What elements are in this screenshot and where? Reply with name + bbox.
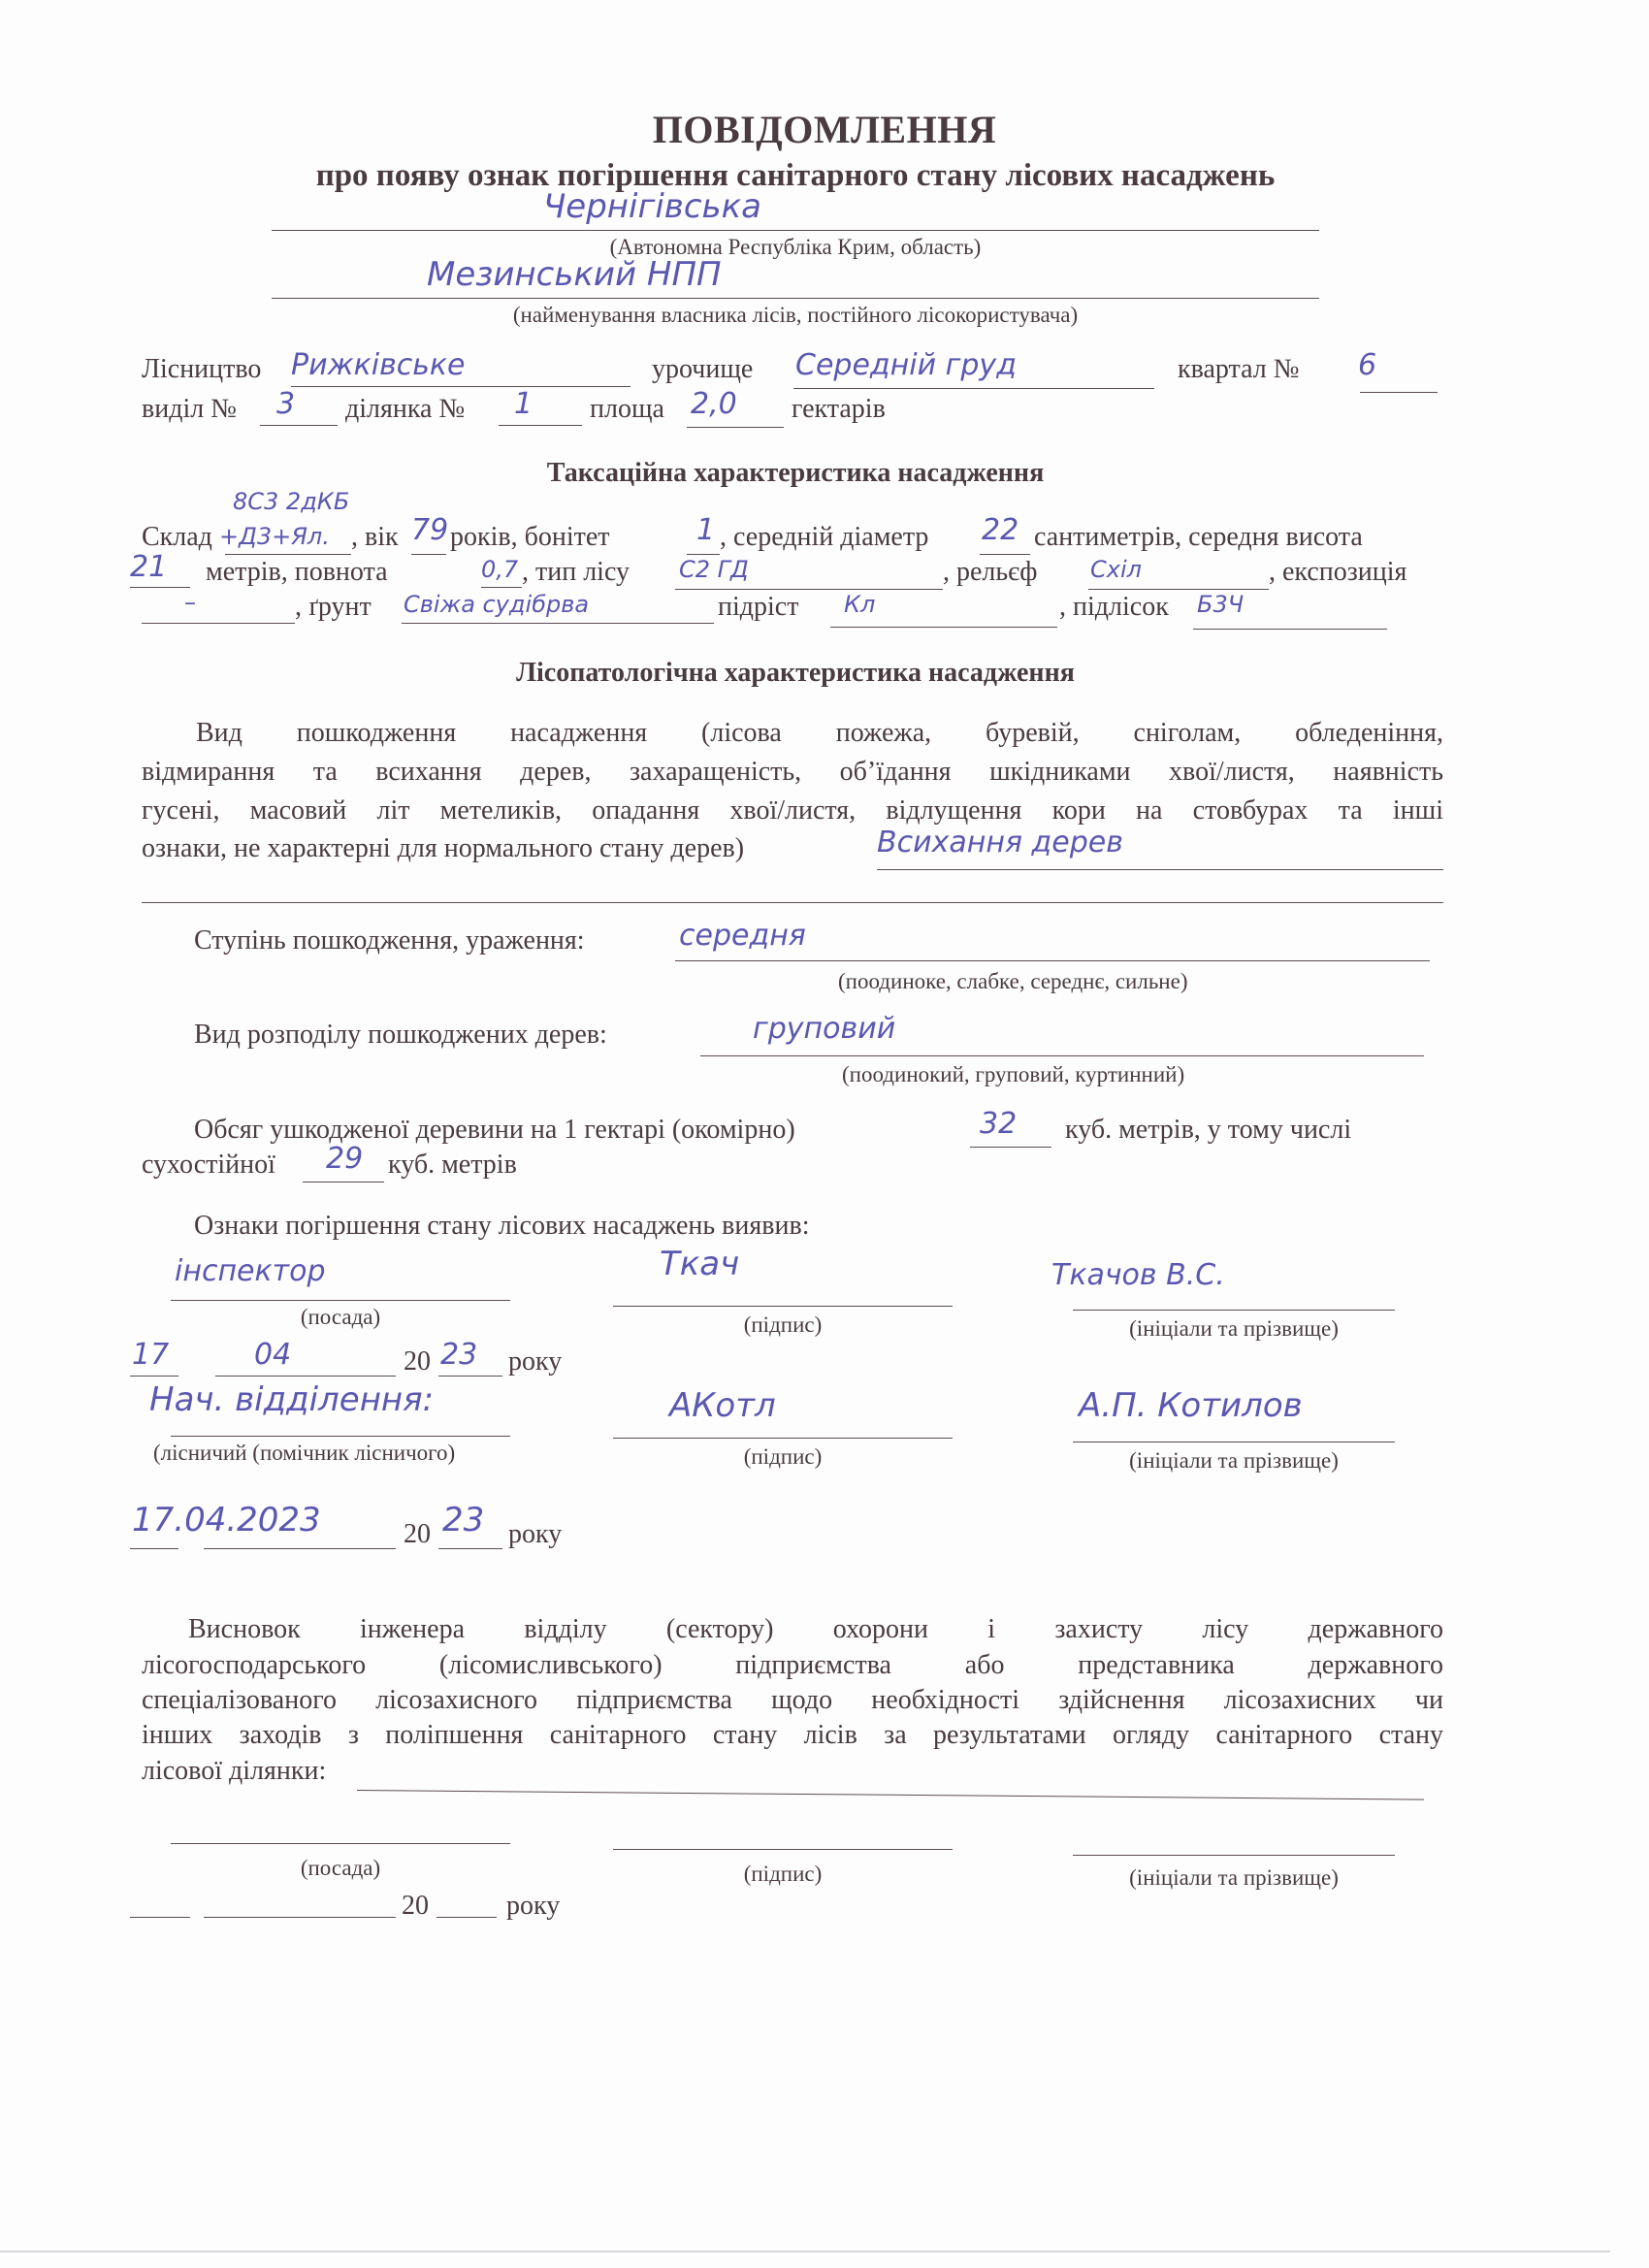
composition-label: Склад: [142, 521, 212, 554]
section-value[interactable]: 3: [276, 388, 295, 421]
inspector-position-caption: (посада): [171, 1304, 510, 1331]
damage-type-line: [877, 869, 1443, 870]
conclusion-line-4: інших заходів з поліпшення санітарного с…: [142, 1719, 1443, 1752]
deadwood-line: [303, 1182, 384, 1183]
owner-caption: (найменування власника лісів, постійного…: [272, 302, 1319, 329]
damage-type-extra-line: [142, 902, 1443, 903]
age-line: [411, 554, 446, 555]
volume-unit: куб. метрів, у тому числі: [1065, 1114, 1351, 1147]
forester-position-caption: (лісничий (помічник лісничого): [153, 1440, 455, 1467]
damage-type-line-2: відмирання та всихання дерев, захаращені…: [142, 756, 1443, 789]
pathology-heading: Лісопатологічна характеристика насадженн…: [0, 658, 1591, 689]
damage-type-line-3: гусені, масовий літ метеликів, опадання …: [142, 794, 1443, 827]
height-value[interactable]: 21: [130, 551, 167, 584]
diameter-value[interactable]: 22: [982, 514, 1018, 547]
forester-name-caption: (ініціали та прізвище): [1073, 1447, 1395, 1474]
document-title: ПОВІДОМЛЕННЯ: [0, 107, 1649, 152]
forester-date-year-line: [438, 1548, 502, 1549]
deadwood-value[interactable]: 29: [326, 1143, 363, 1176]
damage-type-line-1: Вид пошкодження насадження (лісова пожеж…: [142, 717, 1443, 750]
relief-label: , рельєф: [943, 556, 1037, 589]
conclusion-line-1: Висновок інженера відділу (сектору) охор…: [142, 1613, 1443, 1646]
forester-date-century: 20: [404, 1518, 431, 1551]
diameter-label: , середній діаметр: [720, 521, 928, 554]
conclusion-position-caption: (посада): [171, 1855, 510, 1882]
area-value[interactable]: 2,0: [691, 388, 737, 421]
section-label: виділ №: [142, 393, 237, 426]
composition-above[interactable]: 8С3 2дКБ: [233, 485, 349, 518]
soil-value[interactable]: Свіжа судібрва: [404, 588, 589, 621]
forester-name-value[interactable]: А.П. Котилов: [1079, 1389, 1303, 1422]
scan-edge: [0, 2251, 1610, 2252]
inspector-name-line: [1073, 1310, 1395, 1311]
degree-line: [675, 960, 1430, 961]
owner-line: [272, 298, 1319, 299]
underbrush-label: , підлісок: [1059, 591, 1169, 624]
distribution-label: Вид розподілу пошкоджених дерев:: [194, 1019, 607, 1052]
volume-label: Обсяг ушкодженої деревини на 1 гектарі (…: [194, 1114, 795, 1147]
age-unit: років, бонітет: [450, 521, 610, 554]
density-value[interactable]: 0,7: [481, 553, 518, 586]
forestry-value[interactable]: Рижківське: [291, 349, 466, 382]
damage-type-value[interactable]: Всихання дерев: [877, 826, 1123, 859]
detected-by-label: Ознаки погіршення стану лісових насаджен…: [194, 1210, 809, 1243]
exposure-line: [142, 623, 295, 624]
conclusion-line-5: лісової ділянки:: [142, 1755, 326, 1788]
underbrush-value[interactable]: Б3Ч: [1197, 588, 1244, 621]
diameter-unit: сантиметрів, середня висота: [1034, 521, 1363, 554]
document-subtitle: про появу ознак погіршення санітарного с…: [0, 158, 1591, 194]
underbrush-line: [1193, 629, 1387, 630]
damage-type-line-4: ознаки, не характерні для нормального ст…: [142, 832, 744, 865]
conclusion-date-year-line[interactable]: [436, 1917, 497, 1918]
degree-label: Ступінь пошкодження, ураження:: [194, 924, 585, 957]
relief-value[interactable]: Схіл: [1090, 553, 1142, 586]
conclusion-signature-caption: (підпис): [613, 1861, 953, 1888]
soil-line: [402, 623, 714, 624]
volume-value[interactable]: 32: [980, 1108, 1017, 1141]
forester-date-day-line: [130, 1548, 178, 1549]
volume-line: [970, 1147, 1051, 1148]
forester-signature-line: [613, 1438, 953, 1439]
bonitet-value[interactable]: 1: [696, 514, 715, 547]
forester-date-year[interactable]: 23: [442, 1504, 484, 1537]
inspector-position-value[interactable]: інспектор: [175, 1255, 326, 1288]
age-value[interactable]: 79: [411, 514, 448, 547]
exposure-label: , експозиція: [1269, 556, 1406, 589]
distribution-value[interactable]: груповий: [753, 1013, 895, 1046]
inspector-position-line: [171, 1300, 510, 1301]
forester-position-line: [171, 1436, 510, 1437]
conclusion-position-line[interactable]: [171, 1843, 510, 1844]
deadwood-label: сухостійної: [142, 1149, 275, 1182]
forestry-label: Лісництво: [142, 353, 261, 386]
tract-line: [793, 388, 1154, 389]
forestry-line: [291, 386, 630, 387]
conclusion-line-3: спеціалізованого лісозахисного підприємс…: [142, 1684, 1443, 1717]
inspector-date-suffix: року: [508, 1345, 562, 1378]
forest-type-label: , тип лісу: [522, 556, 630, 589]
conclusion-input-line[interactable]: [357, 1790, 1424, 1800]
area-line: [687, 427, 784, 428]
inspector-name-caption: (ініціали та прізвище): [1073, 1315, 1395, 1343]
conclusion-date-suffix: року: [506, 1890, 560, 1923]
forester-position-value[interactable]: Нач. відділення:: [149, 1383, 434, 1416]
exposure-value[interactable]: –: [184, 586, 196, 619]
inspector-date-day-line: [130, 1376, 178, 1377]
inspector-date-month[interactable]: 04: [254, 1339, 291, 1372]
composition-value[interactable]: +Д3+Ял.: [219, 520, 330, 553]
quarter-line: [1360, 392, 1438, 393]
undergrowth-line: [830, 627, 1057, 628]
undergrowth-label: підріст: [718, 591, 798, 624]
conclusion-name-caption: (ініціали та прізвище): [1073, 1864, 1395, 1892]
area-unit: гектарів: [792, 393, 886, 426]
composition-line: [225, 554, 351, 555]
deadwood-unit: куб. метрів: [388, 1149, 517, 1182]
area-label: площа: [590, 393, 664, 426]
plot-value[interactable]: 1: [514, 388, 533, 421]
tract-label: урочище: [652, 353, 753, 386]
plot-label: ділянка №: [345, 393, 465, 426]
inspector-signature[interactable]: Ткач: [660, 1247, 739, 1280]
inspector-signature-caption: (підпис): [613, 1312, 953, 1339]
quarter-label: квартал №: [1178, 353, 1299, 386]
forest-type-line: [675, 589, 943, 590]
forester-date-full[interactable]: 17.04.2023: [132, 1504, 321, 1537]
inspector-date-year[interactable]: 23: [440, 1339, 477, 1372]
section-line: [260, 425, 338, 426]
degree-caption: (поодиноке, слабке, середнє, сильне): [838, 968, 1188, 995]
tract-value[interactable]: Середній груд: [795, 349, 1017, 382]
region-line: [272, 230, 1319, 231]
distribution-line: [700, 1055, 1424, 1056]
undergrowth-value[interactable]: Кл: [844, 588, 875, 621]
conclusion-date-day-line[interactable]: [130, 1917, 190, 1918]
diameter-line: [980, 554, 1030, 555]
height-unit: метрів, повнота: [206, 556, 388, 589]
plot-line: [499, 425, 582, 426]
inspector-signature-line: [613, 1306, 953, 1307]
forester-signature[interactable]: АКотл: [669, 1389, 776, 1422]
forest-type-value[interactable]: С2 ГД: [679, 553, 749, 586]
region-value[interactable]: Чернігівська: [543, 190, 761, 223]
distribution-caption: (поодинокий, груповий, куртинний): [842, 1061, 1184, 1088]
forester-date-month-line: [204, 1548, 396, 1549]
inspector-date-month-line: [215, 1376, 396, 1377]
quarter-value[interactable]: 6: [1358, 349, 1376, 382]
soil-label: , ґрунт: [295, 591, 372, 624]
forester-date-suffix: року: [508, 1518, 562, 1551]
forester-name-line: [1073, 1442, 1395, 1442]
age-label: , вік: [351, 521, 399, 554]
inspector-date-year-line: [438, 1376, 502, 1377]
conclusion-signature-line[interactable]: [613, 1849, 953, 1850]
inspector-name-value[interactable]: Ткачов В.С.: [1051, 1259, 1225, 1292]
forester-signature-caption: (підпис): [613, 1443, 953, 1471]
inspector-date-day[interactable]: 17: [132, 1339, 169, 1372]
height-line: [130, 587, 190, 588]
conclusion-line-2: лісогосподарського (лісомисливського) пі…: [142, 1649, 1443, 1682]
owner-value[interactable]: Мезинський НПП: [427, 258, 722, 291]
conclusion-name-line[interactable]: [1073, 1855, 1395, 1856]
inspector-date-century: 20: [404, 1345, 431, 1378]
degree-value[interactable]: середня: [679, 920, 806, 953]
conclusion-date-century: 20: [402, 1890, 429, 1923]
conclusion-date-month-line[interactable]: [204, 1917, 396, 1918]
